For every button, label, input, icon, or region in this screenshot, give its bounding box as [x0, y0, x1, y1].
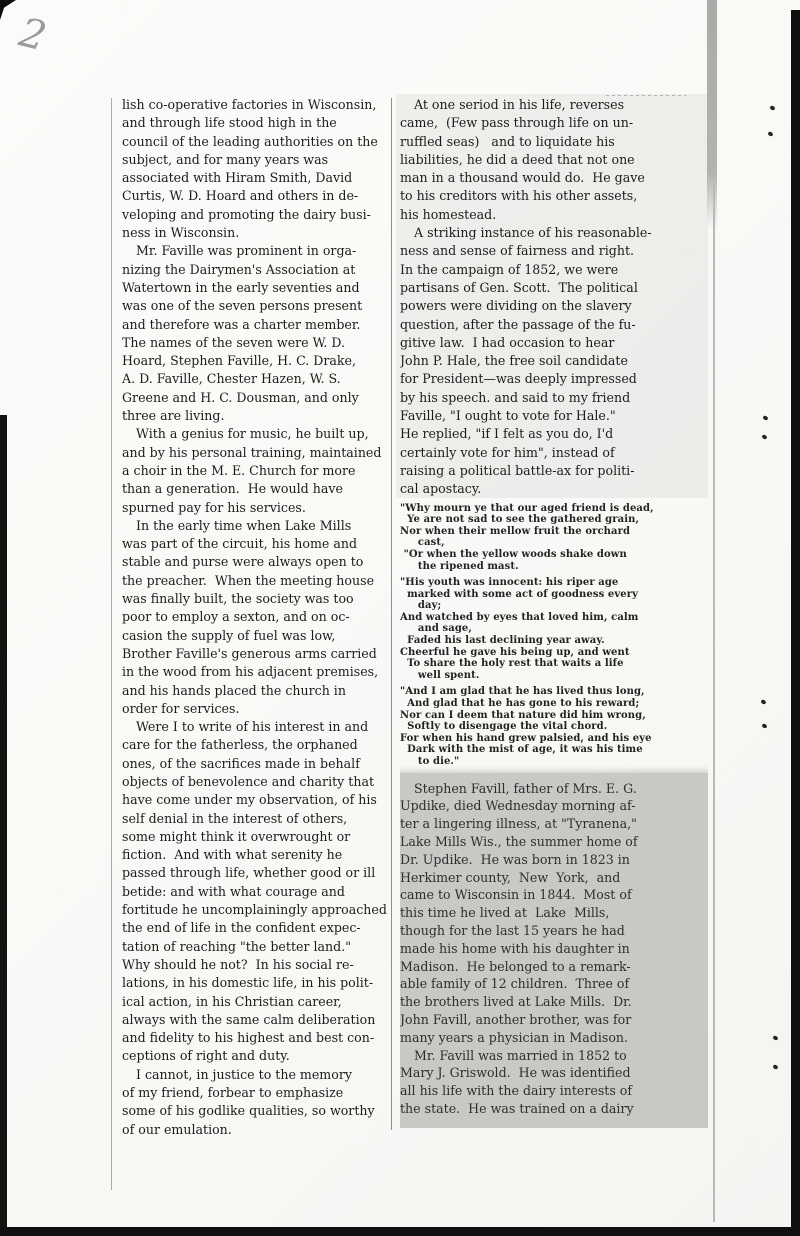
paragraph: Stephen Favill, father of Mrs. E. G. Upd…: [400, 780, 708, 1047]
poem-stanza: "Why mourn ye that our aged friend is de…: [400, 503, 708, 573]
scan-edge-bottom: [0, 1227, 800, 1236]
scanned-scrapbook-page: 2 lish co-operative factories in Wiscons…: [0, 0, 800, 1236]
paragraph: Mr. Faville was prominent in orga- nizin…: [122, 242, 394, 425]
ink-speck: [767, 131, 773, 137]
ink-speck: [761, 434, 767, 440]
obituary-clipping: Stephen Favill, father of Mrs. E. G. Upd…: [400, 773, 708, 1128]
clipping-edge-line-left: [111, 98, 112, 1190]
paragraph: Mr. Favill was married in 1852 to Mary J…: [400, 1047, 708, 1118]
paragraph: I cannot, in justice to the memory of my…: [122, 1066, 394, 1139]
ink-speck: [760, 699, 766, 705]
ink-speck: [772, 1035, 778, 1041]
paragraph: At one seriod in his life, reverses came…: [400, 96, 708, 224]
paragraph: lish co-operative factories in Wisconsin…: [122, 96, 394, 242]
clipping-edge-line-right: [713, 185, 715, 1222]
paragraph: With a genius for music, he built up, an…: [122, 425, 394, 516]
scan-edge-left: [0, 415, 7, 1236]
memorial-poem: "Why mourn ye that our aged friend is de…: [400, 503, 708, 768]
poem-stanza: "And I am glad that he has lived thus lo…: [400, 686, 708, 767]
paragraph: Were I to write of his interest in and c…: [122, 718, 394, 1066]
scan-edge-right: [791, 10, 800, 1236]
paragraph: In the early time when Lake Mills was pa…: [122, 517, 394, 718]
poem-stanza: "His youth was innocent: his riper age m…: [400, 577, 708, 681]
scan-corner-mark: [0, 0, 16, 20]
ink-speck: [761, 723, 767, 729]
ink-speck: [772, 1064, 778, 1070]
ink-speck: [769, 105, 775, 111]
ink-speck: [762, 415, 768, 421]
scan-strip: [707, 0, 717, 230]
left-column: lish co-operative factories in Wisconsin…: [122, 96, 394, 1139]
handwritten-page-number: 2: [15, 10, 51, 61]
paragraph: A striking instance of his reasonable- n…: [400, 224, 708, 498]
right-column: At one seriod in his life, reverses came…: [400, 96, 708, 1128]
